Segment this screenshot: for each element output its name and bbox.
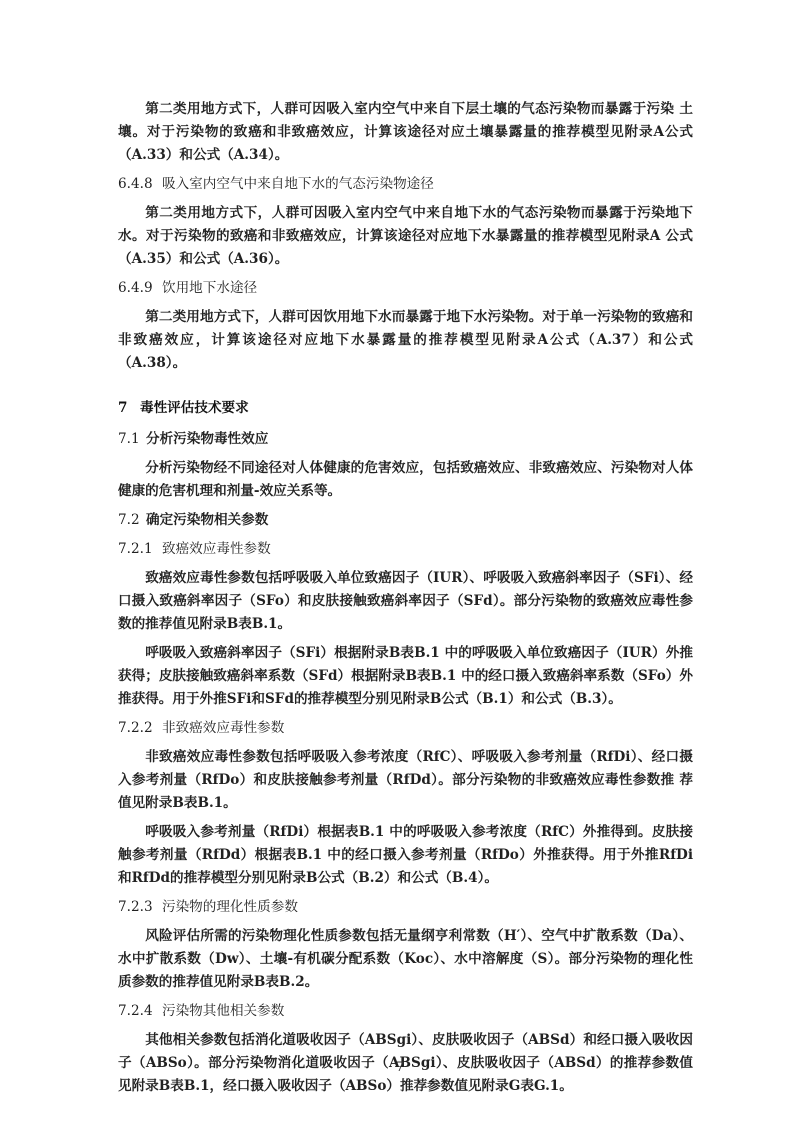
paragraph: 非致癌效应毒性参数包括呼吸吸入参考浓度（RfC）、呼吸吸入参考剂量（RfDi）、…	[118, 746, 693, 815]
document-page: 第二类用地方式下，人群可因吸入室内空气中来自下层土壤的气态污染物而暴露于污染 土…	[118, 98, 693, 1104]
paragraph: 第二类用地方式下，人群可因吸入室内空气中来自地下水的气态污染物而暴露于污染地下水…	[118, 202, 693, 271]
section-number: 7.2	[118, 509, 146, 532]
section-title: 饮用地下水途径	[162, 280, 257, 296]
section-title: 污染物的理化性质参数	[162, 899, 298, 915]
section-number: 7.2.1	[118, 538, 162, 561]
section-heading-7-2-4: 7.2.4污染物其他相关参数	[118, 1000, 693, 1023]
section-number: 7.1	[118, 428, 146, 451]
section-number: 7.2.3	[118, 896, 162, 919]
section-heading-7-1: 7.1分析污染物毒性效应	[118, 428, 693, 451]
chapter-title: 毒性评估技术要求	[140, 400, 249, 416]
paragraph: 风险评估所需的污染物理化性质参数包括无量纲亨利常数（H′）、空气中扩散系数（Da…	[118, 925, 693, 994]
section-number: 7.2.4	[118, 1000, 162, 1023]
section-title: 确定污染物相关参数	[146, 512, 268, 528]
section-number: 6.4.9	[118, 277, 162, 300]
section-title: 吸入室内空气中来自地下水的气态污染物途径	[162, 176, 434, 192]
chapter-number: 7	[118, 397, 140, 420]
section-title: 非致癌效应毒性参数	[162, 720, 284, 736]
section-title: 致癌效应毒性参数	[162, 541, 271, 557]
paragraph: 第二类用地方式下，人群可因吸入室内空气中来自下层土壤的气态污染物而暴露于污染 土…	[118, 98, 693, 167]
section-number: 6.4.8	[118, 173, 162, 196]
section-heading-7-2-2: 7.2.2非致癌效应毒性参数	[118, 717, 693, 740]
section-heading-6-4-8: 6.4.8吸入室内空气中来自地下水的气态污染物途径	[118, 173, 693, 196]
section-heading-7-2-3: 7.2.3污染物的理化性质参数	[118, 896, 693, 919]
paragraph: 分析污染物经不同途径对人体健康的危害效应，包括致癌效应、非致癌效应、污染物对人体…	[118, 457, 693, 503]
section-title: 污染物其他相关参数	[162, 1003, 284, 1019]
paragraph: 呼吸吸入参考剂量（RfDi）根据表B.1 中的呼吸吸入参考浓度（RfC）外推得到…	[118, 821, 693, 890]
paragraph: 第二类用地方式下，人群可因饮用地下水而暴露于地下水污染物。对于单一污染物的致癌和…	[118, 306, 693, 375]
section-heading-6-4-9: 6.4.9饮用地下水途径	[118, 277, 693, 300]
section-title: 分析污染物毒性效应	[146, 431, 268, 447]
page-number: 7	[0, 1060, 800, 1075]
section-heading-7-2-1: 7.2.1致癌效应毒性参数	[118, 538, 693, 561]
section-number: 7.2.2	[118, 717, 162, 740]
paragraph: 呼吸吸入致癌斜率因子（SFi）根据附录B表B.1 中的呼吸吸入单位致癌因子（IU…	[118, 642, 693, 711]
section-heading-7-2: 7.2确定污染物相关参数	[118, 509, 693, 532]
chapter-heading-7: 7毒性评估技术要求	[118, 397, 693, 420]
paragraph: 致癌效应毒性参数包括呼吸吸入单位致癌因子（IUR）、呼吸吸入致癌斜率因子（SFi…	[118, 567, 693, 636]
